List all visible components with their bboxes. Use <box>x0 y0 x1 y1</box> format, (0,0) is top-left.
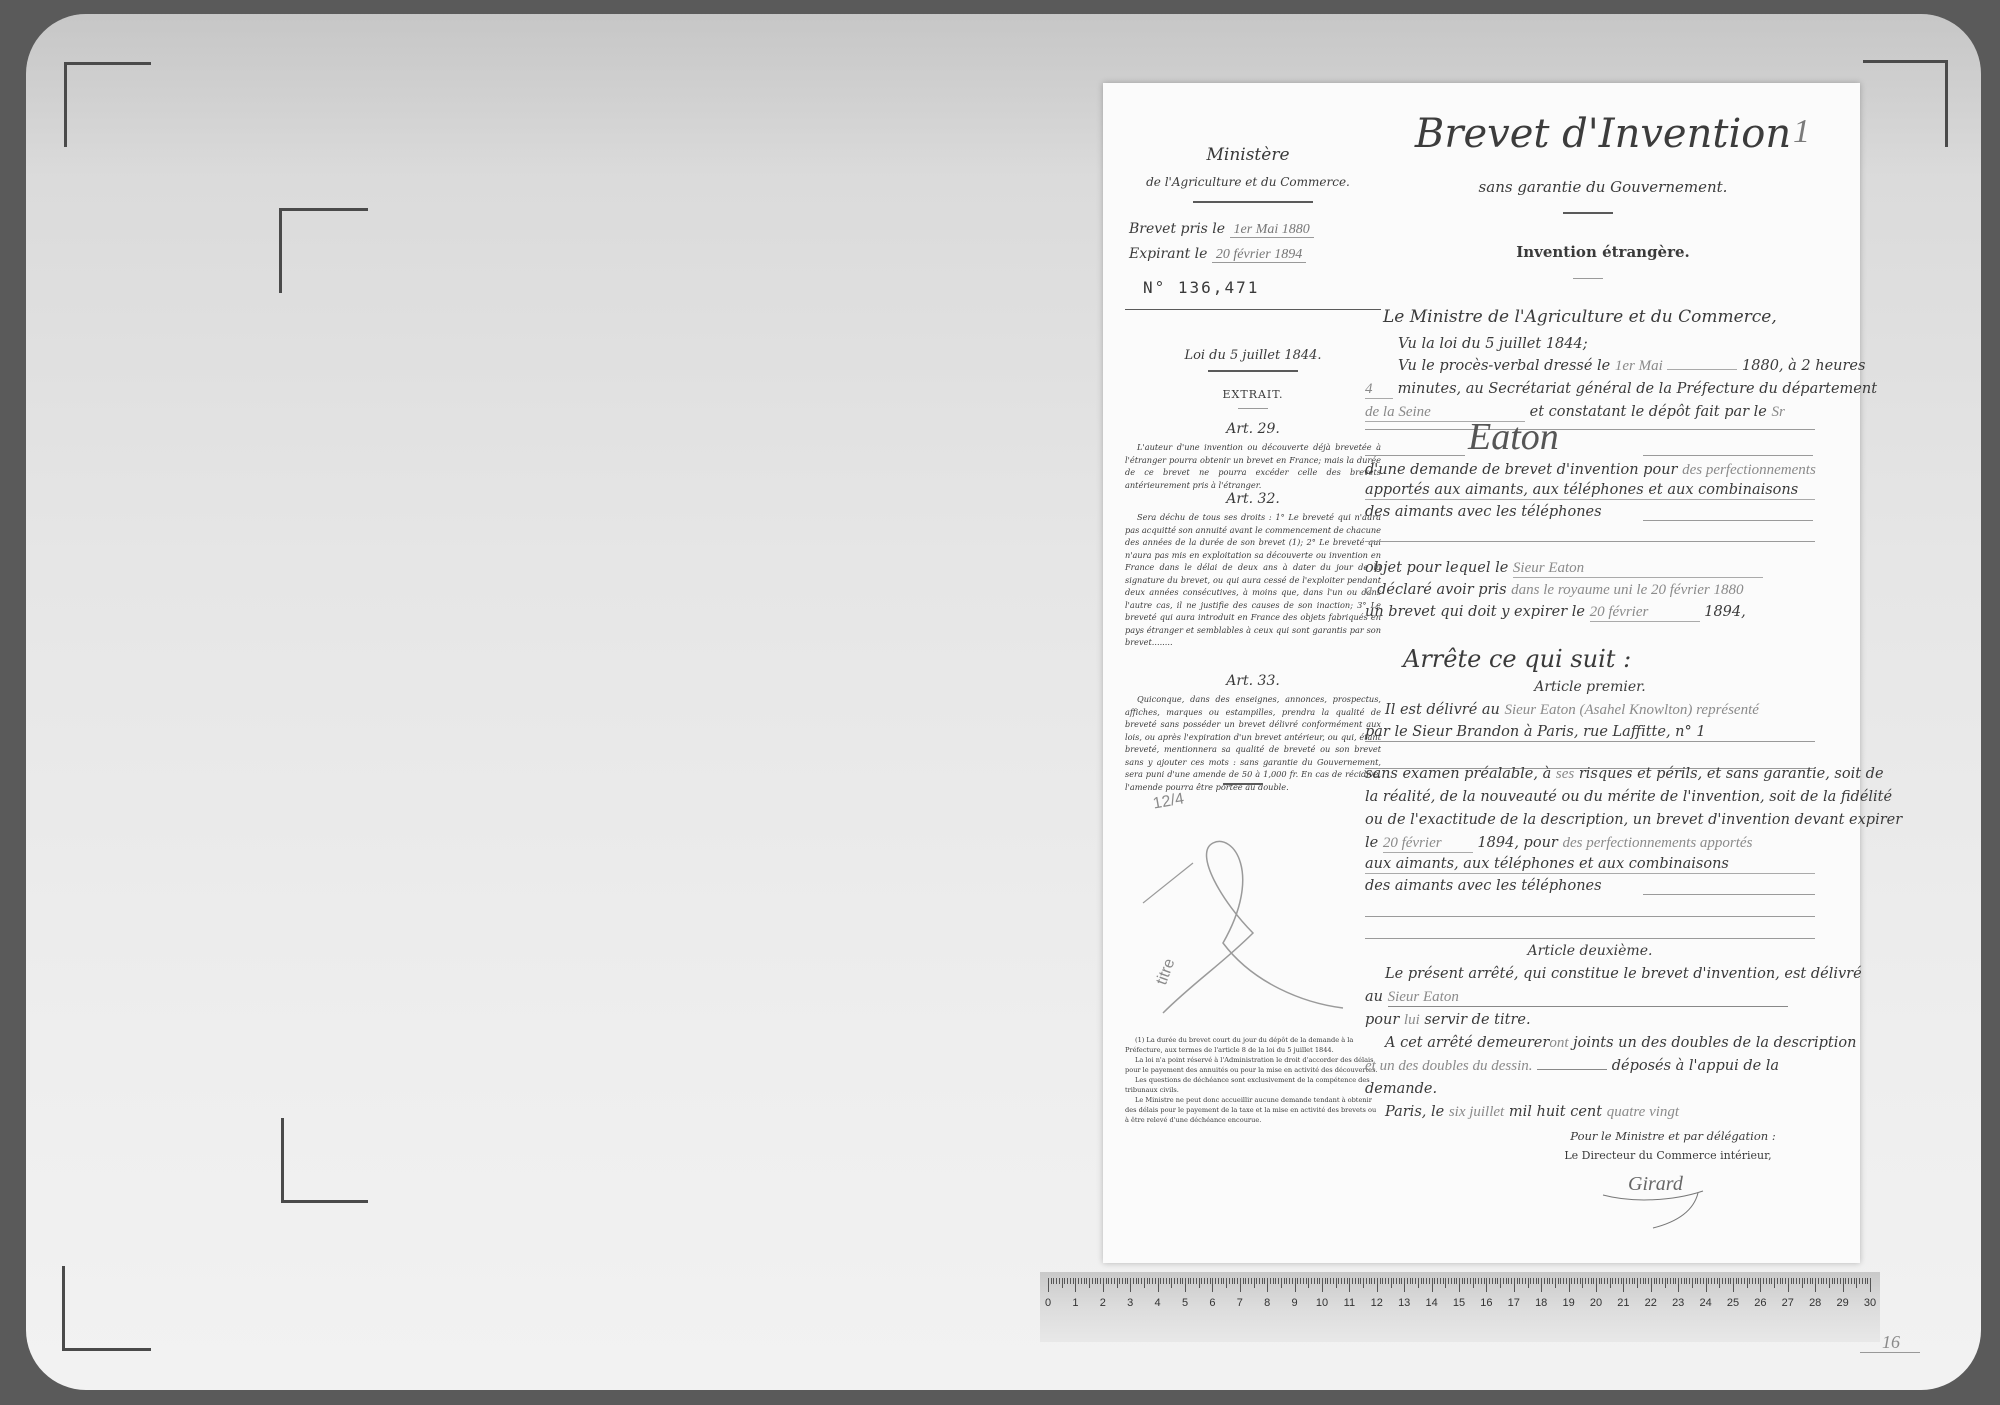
ruler-tick <box>1459 1278 1460 1292</box>
ruler-tick <box>1292 1278 1293 1284</box>
ruler-tick <box>1100 1278 1101 1284</box>
crop-mark-top-right-outer <box>1863 60 1948 147</box>
ruler-tick <box>1264 1278 1265 1284</box>
ruler-tick <box>1155 1278 1156 1284</box>
ruler-tick <box>1793 1278 1794 1284</box>
extract-label: EXTRAIT. <box>1143 388 1363 401</box>
ruler-tick <box>1212 1278 1213 1292</box>
brevet-pris-value: 1er Mai 1880 <box>1230 222 1314 238</box>
law-title: Loi du 5 juillet 1844. <box>1143 348 1363 363</box>
ruler-tick <box>1454 1278 1455 1284</box>
ruler-tick <box>1432 1278 1433 1292</box>
ruler-tick <box>1303 1278 1304 1284</box>
art1-p5: le 20 février 1894, pour des perfectionn… <box>1365 834 1815 853</box>
ruler-tick <box>1089 1278 1090 1288</box>
ruler-tick <box>1221 1278 1222 1284</box>
expirant-value: 20 février 1894 <box>1212 247 1306 263</box>
ruler-tick <box>1169 1278 1170 1284</box>
ruler-tick <box>1158 1278 1159 1292</box>
ruler-label: 30 <box>1864 1297 1876 1309</box>
ruler-tick <box>1243 1278 1244 1284</box>
ruler-tick <box>1300 1278 1301 1284</box>
ruler-label: 26 <box>1754 1297 1766 1309</box>
ruler-tick <box>1448 1278 1449 1284</box>
ruler-tick <box>1823 1278 1824 1284</box>
ruler-tick <box>1388 1278 1389 1284</box>
ruler-tick <box>1645 1278 1646 1284</box>
ruler-tick <box>1692 1278 1693 1288</box>
ruler-tick <box>1122 1278 1123 1284</box>
article-32-text: Sera déchu de tous ses droits : 1° Le br… <box>1125 511 1381 649</box>
ruler-tick <box>1062 1278 1063 1288</box>
fill-line <box>1365 938 1815 939</box>
ruler-tick <box>1451 1278 1452 1284</box>
ruler-tick <box>1547 1278 1548 1284</box>
ruler-tick <box>1615 1278 1616 1284</box>
divider <box>1125 309 1381 310</box>
ruler-tick <box>1136 1278 1137 1284</box>
signature-flourish <box>1593 1183 1713 1233</box>
ruler-tick <box>1114 1278 1115 1284</box>
ruler-label: 14 <box>1425 1297 1437 1309</box>
constatant-line: de la Seine et constatant le dépôt fait … <box>1365 403 1815 422</box>
ruler-tick <box>1330 1278 1331 1284</box>
ruler-tick <box>1489 1278 1490 1284</box>
ruler-tick <box>1171 1278 1172 1288</box>
ruler-tick <box>1654 1278 1655 1284</box>
ruler-tick <box>1314 1278 1315 1284</box>
ruler-label: 16 <box>1480 1297 1492 1309</box>
ruler-tick <box>1193 1278 1194 1284</box>
ruler-tick <box>1656 1278 1657 1284</box>
ruler-tick <box>1522 1278 1523 1284</box>
ruler-tick <box>1470 1278 1471 1284</box>
ruler-tick <box>1160 1278 1161 1284</box>
ruler-label: 20 <box>1590 1297 1602 1309</box>
ruler-tick <box>1758 1278 1759 1284</box>
ruler-tick <box>1240 1278 1241 1292</box>
ruler-tick <box>1234 1278 1235 1284</box>
ruler-label: 17 <box>1508 1297 1520 1309</box>
ruler-tick <box>1736 1278 1737 1284</box>
ruler-tick <box>1580 1278 1581 1284</box>
ruler-tick <box>1533 1278 1534 1284</box>
ruler-tick <box>1130 1278 1131 1292</box>
ministry-full: de l'Agriculture et du Commerce. <box>1123 175 1373 189</box>
ruler-tick <box>1284 1278 1285 1284</box>
brevet-dates: Brevet pris le 1er Mai 1880 Expirant le … <box>1129 221 1379 263</box>
ruler-tick <box>1788 1278 1789 1292</box>
ruler-tick <box>1832 1278 1833 1284</box>
ruler-tick <box>1119 1278 1120 1284</box>
ruler-tick <box>1577 1278 1578 1284</box>
ruler-tick <box>1377 1278 1378 1292</box>
ruler-tick <box>1582 1278 1583 1288</box>
ruler-tick <box>1075 1278 1076 1292</box>
ruler-tick <box>1245 1278 1246 1284</box>
ruler-tick <box>1051 1278 1052 1284</box>
ruler-tick <box>1355 1278 1356 1284</box>
art2-p3: et un des doubles du dessin. déposés à l… <box>1365 1057 1815 1075</box>
ruler-label: 19 <box>1562 1297 1574 1309</box>
ruler-tick <box>1103 1278 1104 1292</box>
ruler-label: 28 <box>1809 1297 1821 1309</box>
ministre-heading: Le Ministre de l'Agriculture et du Comme… <box>1383 308 1833 326</box>
directeur-title: Le Directeur du Commerce intérieur, <box>1523 1149 1813 1162</box>
patent-document: Ministère de l'Agriculture et du Commerc… <box>1103 83 1860 1263</box>
ruler-tick <box>1604 1278 1605 1284</box>
ruler-tick <box>1837 1278 1838 1284</box>
ruler-tick <box>1182 1278 1183 1284</box>
ruler-tick <box>1218 1278 1219 1284</box>
demande-value-3: des aimants avec les téléphones <box>1365 503 1815 521</box>
patent-number: N° 136,471 <box>1143 278 1383 297</box>
ruler-tick <box>1843 1278 1844 1292</box>
ruler-label: 22 <box>1645 1297 1657 1309</box>
ruler-tick <box>1870 1278 1871 1292</box>
ruler-tick <box>1232 1278 1233 1284</box>
ruler-tick <box>1297 1278 1298 1284</box>
ruler-tick <box>1259 1278 1260 1284</box>
ruler-tick <box>1152 1278 1153 1284</box>
ruler-tick <box>1530 1278 1531 1284</box>
ruler-tick <box>1697 1278 1698 1284</box>
ruler-label: 4 <box>1155 1297 1161 1309</box>
ruler-tick <box>1728 1278 1729 1284</box>
ruler-tick <box>1141 1278 1142 1284</box>
ruler-label: 18 <box>1535 1297 1547 1309</box>
ruler-tick <box>1053 1278 1054 1284</box>
ruler-tick <box>1725 1278 1726 1284</box>
ruler-tick <box>1210 1278 1211 1284</box>
ruler-tick <box>1327 1278 1328 1284</box>
article-29-title: Art. 29. <box>1143 421 1363 437</box>
fill-line <box>1643 455 1813 456</box>
art2-p4: demande. <box>1365 1080 1815 1098</box>
crop-mark-bottom-left-inner <box>281 1118 368 1203</box>
art1-line-1: Il est délivré au Sieur Eaton (Asahel Kn… <box>1385 701 1835 719</box>
ruler-tick <box>1201 1278 1202 1284</box>
ruler-tick <box>1558 1278 1559 1284</box>
ruler-tick <box>1747 1278 1748 1288</box>
ruler-tick <box>1188 1278 1189 1284</box>
folio-number: 16 <box>1882 1332 1900 1353</box>
ruler-tick <box>1421 1278 1422 1284</box>
ruler-tick <box>1785 1278 1786 1284</box>
ruler-tick <box>1207 1278 1208 1284</box>
ruler-tick <box>1440 1278 1441 1284</box>
paris-date: Paris, le six juillet mil huit cent quat… <box>1385 1103 1835 1121</box>
ruler-tick <box>1366 1278 1367 1284</box>
ruler-label: 0 <box>1045 1297 1051 1309</box>
ruler-tick <box>1752 1278 1753 1284</box>
fill-line <box>1365 455 1465 456</box>
ruler-tick <box>1078 1278 1079 1284</box>
ruler-label: 23 <box>1672 1297 1684 1309</box>
ruler-label: 12 <box>1371 1297 1383 1309</box>
ruler-tick <box>1854 1278 1855 1284</box>
ruler-tick <box>1059 1278 1060 1284</box>
ruler-label: 21 <box>1617 1297 1629 1309</box>
ruler-label: 9 <box>1292 1297 1298 1309</box>
art1-p6: aux aimants, aux téléphones et aux combi… <box>1365 855 1815 874</box>
ruler-tick <box>1385 1278 1386 1284</box>
folio-underline <box>1860 1352 1920 1353</box>
ruler-tick <box>1684 1278 1685 1284</box>
crop-mark-top-left-outer <box>64 62 151 147</box>
ruler-tick <box>1607 1278 1608 1284</box>
ruler-tick <box>1467 1278 1468 1284</box>
fill-line <box>1365 541 1815 542</box>
objet-line: objet pour lequel le Sieur Eaton <box>1365 559 1815 578</box>
ruler-tick <box>1782 1278 1783 1284</box>
ruler-tick <box>1599 1278 1600 1284</box>
ruler-tick <box>1601 1278 1602 1284</box>
ruler-tick <box>1215 1278 1216 1284</box>
ruler-tick <box>1810 1278 1811 1284</box>
article-33-title: Art. 33. <box>1143 673 1363 689</box>
ruler-tick <box>1415 1278 1416 1284</box>
ruler-tick <box>1629 1278 1630 1284</box>
ruler-tick <box>1486 1278 1487 1292</box>
ruler-tick <box>1640 1278 1641 1284</box>
ruler-tick <box>1749 1278 1750 1284</box>
ruler-tick <box>1190 1278 1191 1284</box>
ruler-tick <box>1665 1278 1666 1288</box>
ruler-tick <box>1084 1278 1085 1284</box>
ruler-tick <box>1180 1278 1181 1284</box>
ruler-tick <box>1569 1278 1570 1292</box>
ruler-tick <box>1695 1278 1696 1284</box>
ruler-tick <box>1429 1278 1430 1284</box>
ruler-tick <box>1237 1278 1238 1284</box>
divider <box>1563 212 1613 214</box>
ruler-tick <box>1371 1278 1372 1284</box>
ruler-tick <box>1612 1278 1613 1284</box>
ruler-tick <box>1766 1278 1767 1284</box>
ruler-label: 2 <box>1100 1297 1106 1309</box>
ruler-tick <box>1481 1278 1482 1284</box>
ruler-tick <box>1393 1278 1394 1284</box>
ruler-tick <box>1549 1278 1550 1284</box>
ruler-tick <box>1681 1278 1682 1284</box>
ruler-tick <box>1588 1278 1589 1284</box>
ruler-tick <box>1484 1278 1485 1284</box>
ruler-tick <box>1528 1278 1529 1288</box>
ruler-tick <box>1434 1278 1435 1284</box>
ruler-tick <box>1760 1278 1761 1292</box>
ruler-tick <box>1144 1278 1145 1288</box>
ruler-tick <box>1073 1278 1074 1284</box>
un-brevet-line: un brevet qui doit y expirer le 20 févri… <box>1365 603 1815 622</box>
minutes-line: 4 minutes, au Secrétariat général de la … <box>1365 380 1815 399</box>
ruler-tick <box>1306 1278 1307 1284</box>
ruler-tick <box>1275 1278 1276 1284</box>
ruler-tick <box>1659 1278 1660 1284</box>
ruler-tick <box>1500 1278 1501 1288</box>
ruler-tick <box>1092 1278 1093 1284</box>
ruler-tick <box>1317 1278 1318 1284</box>
ruler-tick <box>1464 1278 1465 1284</box>
ruler-tick <box>1048 1278 1049 1292</box>
ruler-tick <box>1412 1278 1413 1284</box>
ruler-label: 13 <box>1398 1297 1410 1309</box>
ruler-tick <box>1391 1278 1392 1288</box>
ruler-tick <box>1722 1278 1723 1284</box>
ruler-tick <box>1295 1278 1296 1292</box>
ruler-tick <box>1443 1278 1444 1284</box>
ruler-tick <box>1352 1278 1353 1284</box>
footnotes: (1) La durée du brevet court du jour du … <box>1125 1035 1381 1125</box>
ruler-tick <box>1591 1278 1592 1284</box>
ruler-tick <box>1248 1278 1249 1284</box>
invention-type: Invention étrangère. <box>1393 243 1813 261</box>
ruler-tick <box>1780 1278 1781 1284</box>
ruler-tick <box>1138 1278 1139 1284</box>
ruler-tick <box>1618 1278 1619 1284</box>
ruler-tick <box>1706 1278 1707 1292</box>
ruler-tick <box>1163 1278 1164 1284</box>
ruler-tick <box>1497 1278 1498 1284</box>
ruler-tick <box>1273 1278 1274 1284</box>
ruler-tick <box>1804 1278 1805 1284</box>
ruler-tick <box>1437 1278 1438 1284</box>
ruler-tick <box>1563 1278 1564 1284</box>
ruler-tick <box>1519 1278 1520 1284</box>
ruler-tick <box>1360 1278 1361 1284</box>
ruler-tick <box>1097 1278 1098 1284</box>
ruler-tick <box>1177 1278 1178 1284</box>
ruler-tick <box>1791 1278 1792 1284</box>
ruler-tick <box>1585 1278 1586 1284</box>
ruler-tick <box>1714 1278 1715 1284</box>
ruler-tick <box>1473 1278 1474 1288</box>
ruler-tick <box>1799 1278 1800 1284</box>
ruler-tick <box>1796 1278 1797 1284</box>
ruler-tick <box>1311 1278 1312 1284</box>
ruler-tick <box>1426 1278 1427 1284</box>
ruler-label: 10 <box>1316 1297 1328 1309</box>
ruler-tick <box>1308 1278 1309 1288</box>
art1-p3: la réalité, de la nouveauté ou du mérite… <box>1365 788 1815 806</box>
art1-p1: sans examen préalable, à ses risques et … <box>1365 765 1815 783</box>
ruler-tick <box>1514 1278 1515 1292</box>
declare-line: a déclaré avoir pris dans le royaume uni… <box>1365 581 1815 599</box>
ruler-tick <box>1267 1278 1268 1292</box>
ruler-tick <box>1196 1278 1197 1284</box>
ruler-tick <box>1506 1278 1507 1284</box>
ruler-tick <box>1536 1278 1537 1284</box>
fill-line <box>1643 894 1815 895</box>
art2-p1: Le présent arrêté, qui constitue le brev… <box>1385 965 1835 983</box>
ruler-tick <box>1133 1278 1134 1284</box>
ruler-tick <box>1675 1278 1676 1284</box>
ruler-tick <box>1404 1278 1405 1292</box>
ruler-tick <box>1596 1278 1597 1292</box>
ruler-tick <box>1229 1278 1230 1284</box>
ruler-tick <box>1336 1278 1337 1288</box>
ruler-tick <box>1834 1278 1835 1284</box>
demande-line: d'une demande de brevet d'invention pour… <box>1365 461 1815 479</box>
ruler-tick <box>1174 1278 1175 1284</box>
ruler-tick <box>1632 1278 1633 1284</box>
ruler-tick <box>1363 1278 1364 1288</box>
ruler-tick <box>1223 1278 1224 1284</box>
ruler-label: 1 <box>1072 1297 1078 1309</box>
ruler-tick <box>1662 1278 1663 1284</box>
ruler-tick <box>1538 1278 1539 1284</box>
vu-loi: Vu la loi du 5 juillet 1844; <box>1398 335 1848 353</box>
ruler-tick <box>1867 1278 1868 1284</box>
ruler-tick <box>1717 1278 1718 1284</box>
ruler-tick <box>1325 1278 1326 1284</box>
ruler-tick <box>1651 1278 1652 1292</box>
ruler-tick <box>1445 1278 1446 1288</box>
ruler-tick <box>1741 1278 1742 1284</box>
art2-p2: A cet arrêté demeureront joints un des d… <box>1385 1034 1835 1052</box>
ruler-tick <box>1070 1278 1071 1284</box>
ruler-tick <box>1166 1278 1167 1284</box>
ruler-tick <box>1289 1278 1290 1284</box>
ruler-tick <box>1517 1278 1518 1284</box>
ruler-label: 6 <box>1209 1297 1215 1309</box>
ruler-tick <box>1703 1278 1704 1284</box>
ruler-tick <box>1286 1278 1287 1284</box>
ruler-tick <box>1845 1278 1846 1284</box>
ruler-label: 27 <box>1782 1297 1794 1309</box>
ruler-tick <box>1338 1278 1339 1284</box>
pencil-flourish <box>1103 763 1403 1023</box>
ruler-tick <box>1812 1278 1813 1284</box>
ruler-tick <box>1648 1278 1649 1284</box>
ruler-tick <box>1108 1278 1109 1284</box>
ruler-tick <box>1802 1278 1803 1288</box>
ruler-tick <box>1254 1278 1255 1288</box>
ruler-tick <box>1821 1278 1822 1284</box>
divider <box>1193 201 1313 203</box>
ruler-tick <box>1865 1278 1866 1284</box>
ruler-tick <box>1064 1278 1065 1284</box>
ruler-tick <box>1673 1278 1674 1284</box>
ruler-tick <box>1840 1278 1841 1284</box>
fill-line <box>1643 520 1813 521</box>
ruler-tick <box>1815 1278 1816 1292</box>
ruler-tick <box>1511 1278 1512 1284</box>
ruler-tick <box>1807 1278 1808 1284</box>
article-29-text: L'auteur d'une invention ou découverte d… <box>1125 441 1381 491</box>
fill-line <box>1365 916 1815 917</box>
ruler-label: 24 <box>1699 1297 1711 1309</box>
ruler-tick <box>1686 1278 1687 1284</box>
ruler-tick <box>1056 1278 1057 1284</box>
ruler-tick <box>1769 1278 1770 1284</box>
ruler-tick <box>1623 1278 1624 1292</box>
ruler-tick <box>1826 1278 1827 1284</box>
ruler-tick <box>1774 1278 1775 1288</box>
document-subtitle: sans garantie du Gouvernement. <box>1393 178 1813 196</box>
ruler-tick <box>1410 1278 1411 1284</box>
ruler-tick <box>1125 1278 1126 1284</box>
ruler-tick <box>1508 1278 1509 1284</box>
art2-pour: pour lui servir de titre. <box>1365 1011 1815 1029</box>
ruler-tick <box>1067 1278 1068 1284</box>
ruler-tick <box>1423 1278 1424 1284</box>
art1-p4: ou de l'exactitude de la description, un… <box>1365 811 1815 829</box>
ruler-tick <box>1319 1278 1320 1284</box>
ruler-tick <box>1643 1278 1644 1284</box>
ruler-tick <box>1081 1278 1082 1284</box>
ruler-tick <box>1574 1278 1575 1284</box>
